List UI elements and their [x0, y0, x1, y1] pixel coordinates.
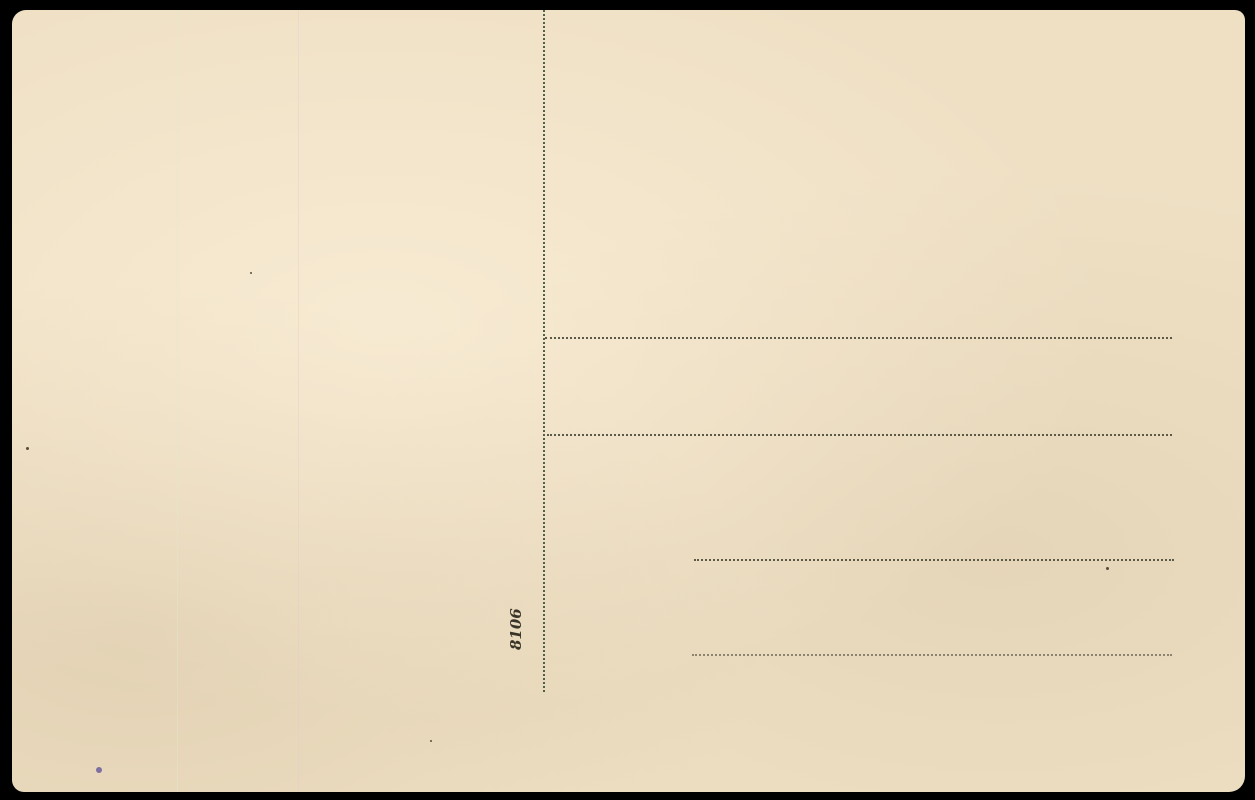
- address-line-3: [694, 559, 1174, 561]
- paper-speck: [250, 272, 252, 274]
- paper-mark: [177, 10, 178, 792]
- paper-speck: [1106, 567, 1109, 570]
- center-divider-line: [543, 10, 545, 692]
- address-line-2: [547, 434, 1172, 436]
- publisher-number: 8106: [507, 608, 525, 650]
- postcard-back: 8106: [12, 10, 1245, 792]
- paper-mark: [298, 10, 299, 792]
- address-line-1: [545, 337, 1172, 339]
- address-line-4: [692, 654, 1172, 656]
- paper-speck: [96, 767, 102, 773]
- paper-speck: [430, 740, 432, 742]
- paper-speck: [26, 447, 29, 450]
